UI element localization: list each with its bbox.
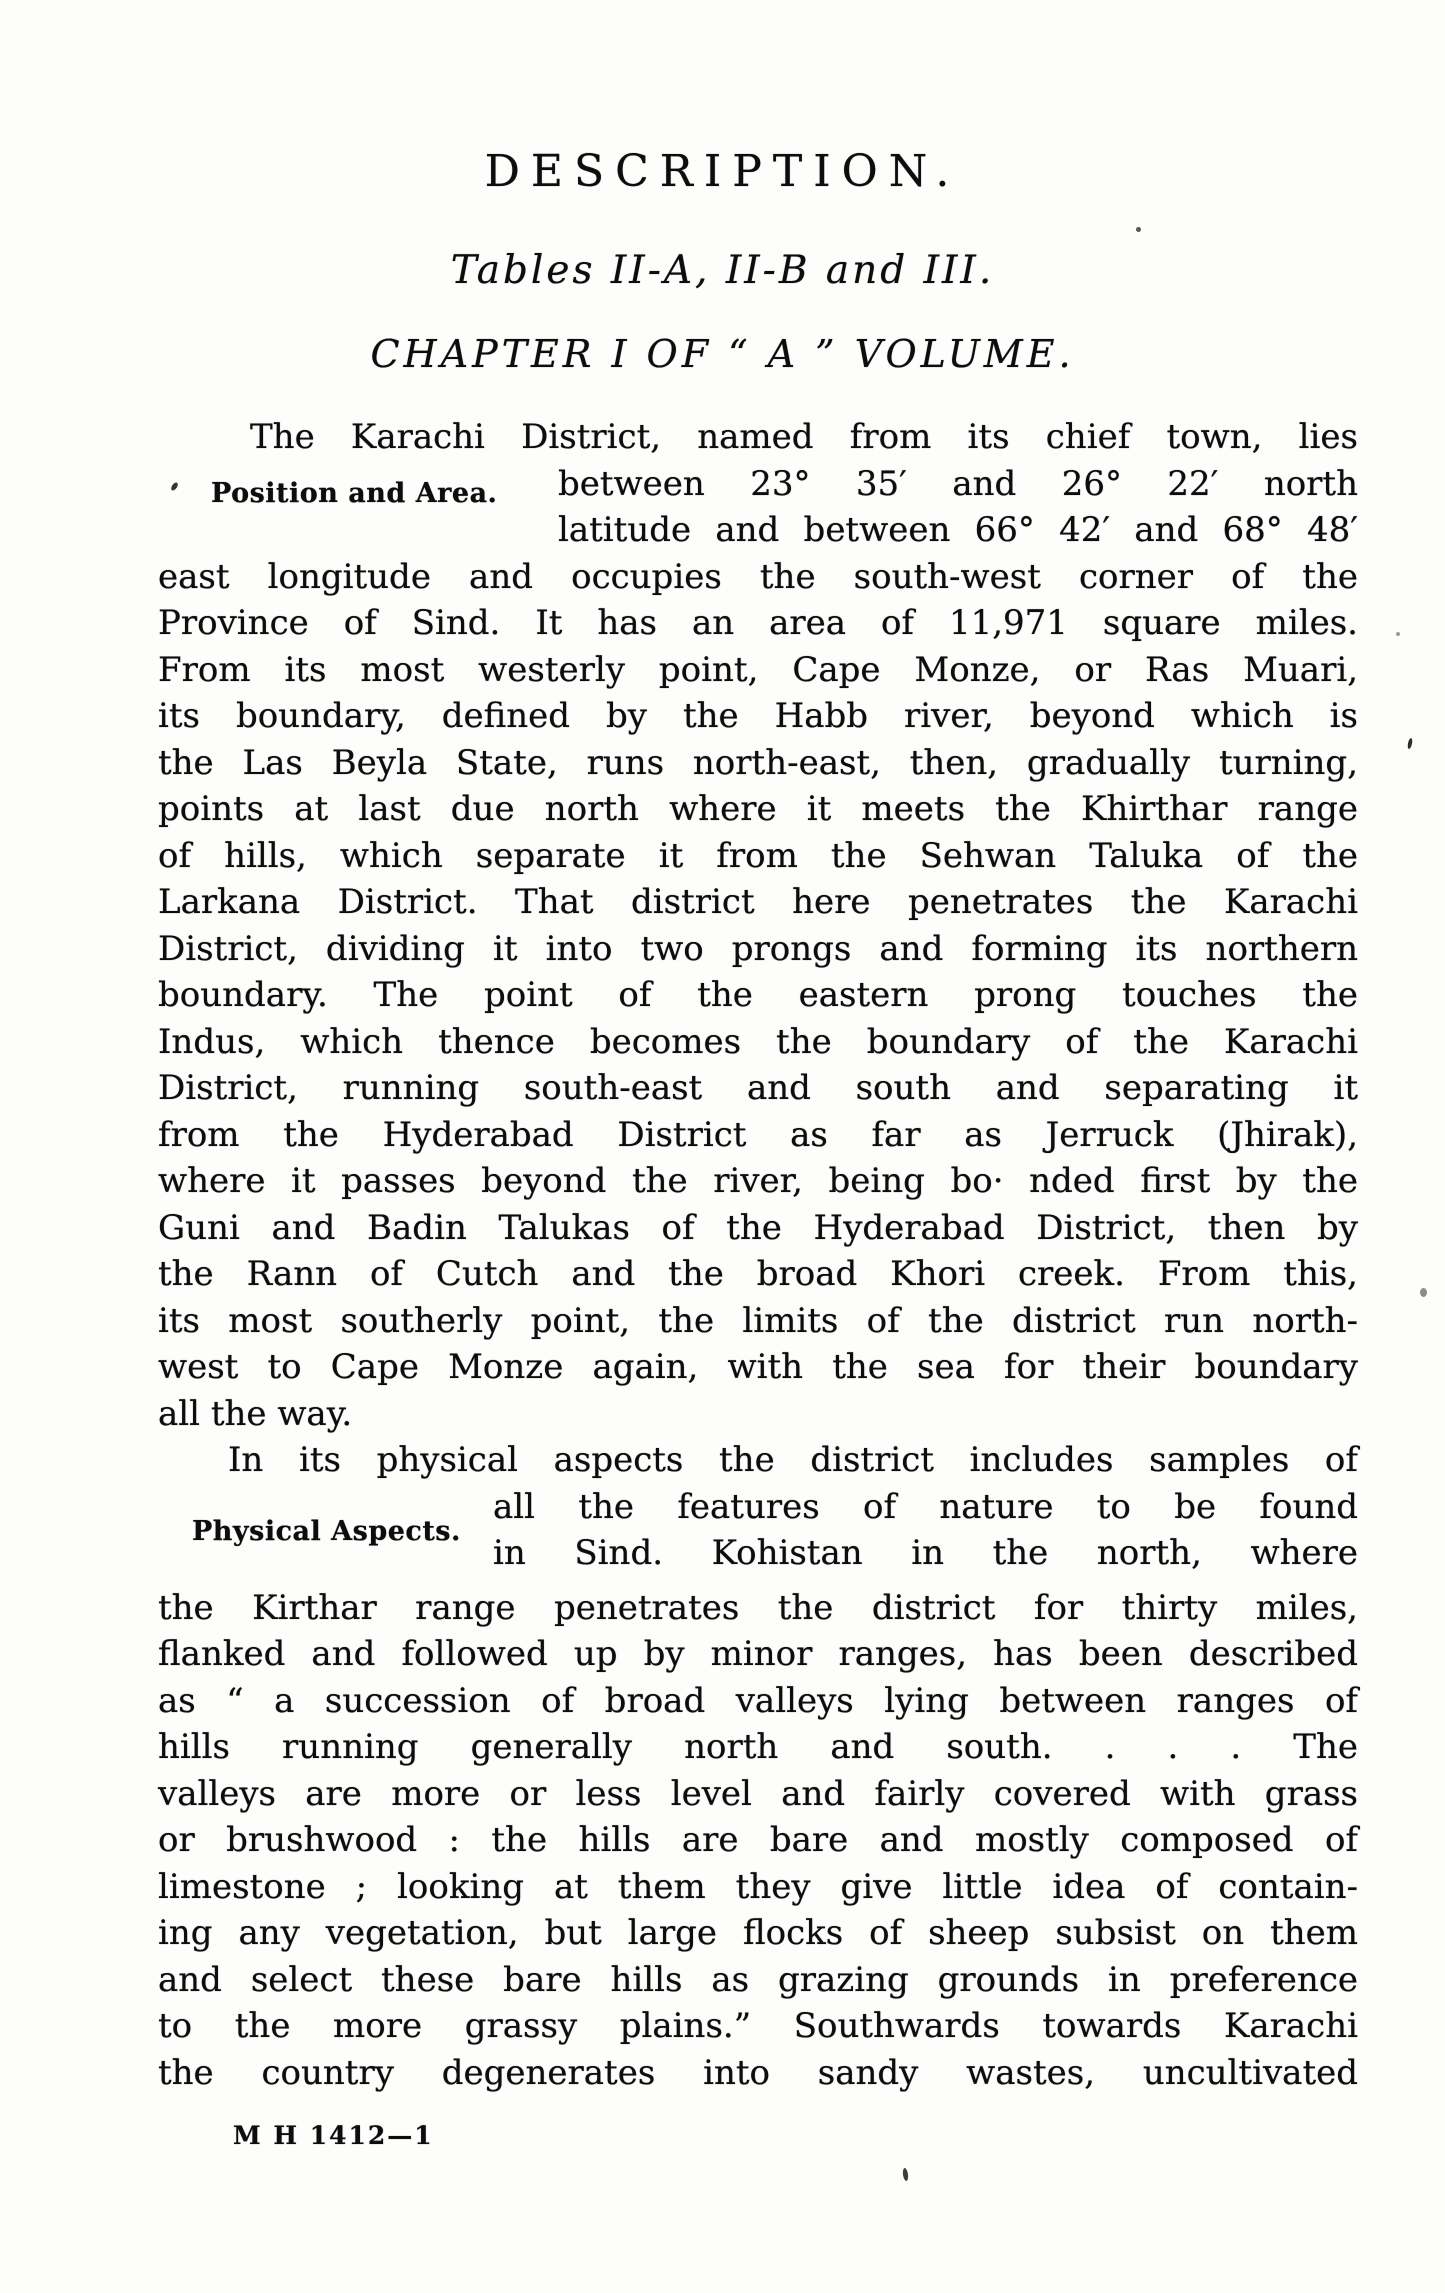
text-line: between 23° 35′ and 26° 22′ north	[558, 461, 1358, 508]
text-line: Larkana District. That district here pen…	[158, 879, 1358, 926]
text-line: east longitude and occupies the south-we…	[158, 554, 1358, 601]
text-line: all the features of nature to be found	[493, 1484, 1358, 1531]
text-line: the country degenerates into sandy waste…	[158, 2050, 1358, 2097]
scan-speck	[1420, 1288, 1427, 1297]
body-text: The Karachi District, named from its chi…	[158, 414, 1358, 2096]
text-line: ing any vegetation, but large flocks of …	[158, 1910, 1358, 1957]
text-line: flanked and followed up by minor ranges,…	[158, 1631, 1358, 1678]
scan-speck	[902, 2168, 909, 2182]
text-line: its boundary, defined by the Habb river,…	[158, 693, 1358, 740]
text-line: boundary. The point of the eastern prong…	[158, 972, 1358, 1019]
text-line: Indus, which thence becomes the boundary…	[158, 1019, 1358, 1066]
text-line: all the way.	[158, 1391, 1358, 1438]
text-line: limestone ; looking at them they give li…	[158, 1864, 1358, 1911]
text-line: in Sind. Kohistan in the north, where	[493, 1530, 1358, 1577]
scan-speck	[1396, 632, 1400, 636]
text-line: as “ a succession of broad valleys lying…	[158, 1678, 1358, 1725]
scan-speck	[1136, 227, 1141, 232]
tables-subtitle: Tables II-A, II-B and III.	[0, 248, 1445, 293]
text-line: to the more grassy plains.” Southwards t…	[158, 2003, 1358, 2050]
text-line: points at last due north where it meets …	[158, 786, 1358, 833]
text-line: Province of Sind. It has an area of 11,9…	[158, 600, 1358, 647]
text-line: District, running south-east and south a…	[158, 1065, 1358, 1112]
scan-speck	[1407, 738, 1413, 750]
text-line: west to Cape Monze again, with the sea f…	[158, 1344, 1358, 1391]
text-line: District, dividing it into two prongs an…	[158, 926, 1358, 973]
text-line: hills running generally north and south.…	[158, 1724, 1358, 1771]
text-line: or brushwood : the hills are bare and mo…	[158, 1817, 1358, 1864]
printers-mark: M H 1412—1	[233, 2121, 434, 2150]
text-line: latitude and between 66° 42′ and 68° 48′	[558, 507, 1358, 554]
text-line: the Kirthar range penetrates the distric…	[158, 1585, 1358, 1632]
paragraph-position-and-area: The Karachi District, named from its chi…	[158, 414, 1358, 1437]
text-line: From its most westerly point, Cape Monze…	[158, 647, 1358, 694]
text-line: from the Hyderabad District as far as Je…	[158, 1112, 1358, 1159]
chapter-heading: CHAPTER I OF “ A ” VOLUME.	[0, 332, 1445, 376]
text-line: The Karachi District, named from its chi…	[250, 414, 1358, 461]
paragraph-physical-aspects: In its physical aspects the district inc…	[158, 1437, 1358, 2096]
page-title: DESCRIPTION.	[0, 146, 1445, 197]
text-line: Guni and Badin Talukas of the Hyderabad …	[158, 1205, 1358, 1252]
text-line: the Rann of Cutch and the broad Khori cr…	[158, 1251, 1358, 1298]
text-line: of hills, which separate it from the Seh…	[158, 833, 1358, 880]
text-line: its most southerly point, the limits of …	[158, 1298, 1358, 1345]
text-line: In its physical aspects the district inc…	[228, 1437, 1358, 1484]
text-line: the Las Beyla State, runs north-east, th…	[158, 740, 1358, 787]
scanned-book-page: DESCRIPTION. Tables II-A, II-B and III. …	[0, 0, 1445, 2293]
text-line: and select these bare hills as grazing g…	[158, 1957, 1358, 2004]
text-line: where it passes beyond the river, being …	[158, 1158, 1358, 1205]
text-line: valleys are more or less level and fairl…	[158, 1771, 1358, 1818]
